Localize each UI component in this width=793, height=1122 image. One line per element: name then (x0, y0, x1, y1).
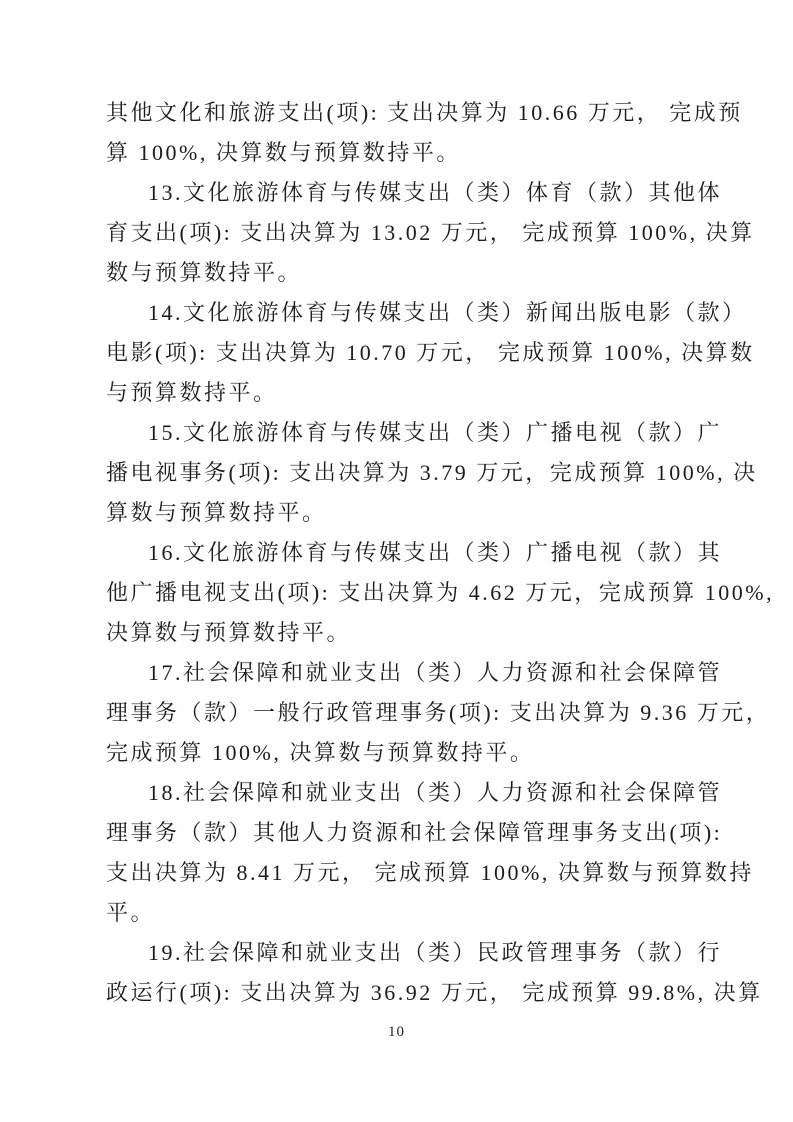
text-line: 完成预算 100%, 决算数与预算数持平。 (106, 733, 756, 773)
text-line: 他广播电视支出(项): 支出决算为 4.62 万元，完成预算 100%, (106, 573, 756, 613)
page-number: 10 (388, 1024, 405, 1040)
text-line: 15.文化旅游体育与传媒支出（类）广播电视（款）广 (106, 413, 756, 453)
text-line: 算 100%, 决算数与预算数持平。 (106, 133, 756, 173)
text-line: 16.文化旅游体育与传媒支出（类）广播电视（款）其 (106, 533, 756, 573)
text-line: 18.社会保障和就业支出（类）人力资源和社会保障管 (106, 773, 756, 813)
document-body: 其他文化和旅游支出(项): 支出决算为 10.66 万元， 完成预算 100%,… (106, 93, 756, 1013)
text-line: 电影(项): 支出决算为 10.70 万元， 完成预算 100%, 决算数 (106, 333, 756, 373)
text-line: 决算数与预算数持平。 (106, 613, 756, 653)
text-line: 19.社会保障和就业支出（类）民政管理事务（款）行 (106, 933, 756, 973)
text-line: 17.社会保障和就业支出（类）人力资源和社会保障管 (106, 653, 756, 693)
text-line: 其他文化和旅游支出(项): 支出决算为 10.66 万元， 完成预 (106, 93, 756, 133)
text-line: 政运行(项): 支出决算为 36.92 万元， 完成预算 99.8%, 决算 (106, 973, 756, 1013)
text-line: 平。 (106, 893, 756, 933)
text-line: 14.文化旅游体育与传媒支出（类）新闻出版电影（款） (106, 293, 756, 333)
text-line: 13.文化旅游体育与传媒支出（类）体育（款）其他体 (106, 173, 756, 213)
text-line: 与预算数持平。 (106, 373, 756, 413)
text-line: 理事务（款）其他人力资源和社会保障管理事务支出(项): (106, 813, 756, 853)
text-line: 算数与预算数持平。 (106, 493, 756, 533)
text-line: 数与预算数持平。 (106, 253, 756, 293)
text-line: 支出决算为 8.41 万元， 完成预算 100%, 决算数与预算数持 (106, 853, 756, 893)
document-page: 其他文化和旅游支出(项): 支出决算为 10.66 万元， 完成预算 100%,… (0, 0, 793, 1122)
page-footer: 10 (0, 1022, 793, 1042)
text-line: 理事务（款）一般行政管理事务(项): 支出决算为 9.36 万元， (106, 693, 756, 733)
text-line: 播电视事务(项): 支出决算为 3.79 万元，完成预算 100%, 决 (106, 453, 756, 493)
text-line: 育支出(项): 支出决算为 13.02 万元， 完成预算 100%, 决算 (106, 213, 756, 253)
